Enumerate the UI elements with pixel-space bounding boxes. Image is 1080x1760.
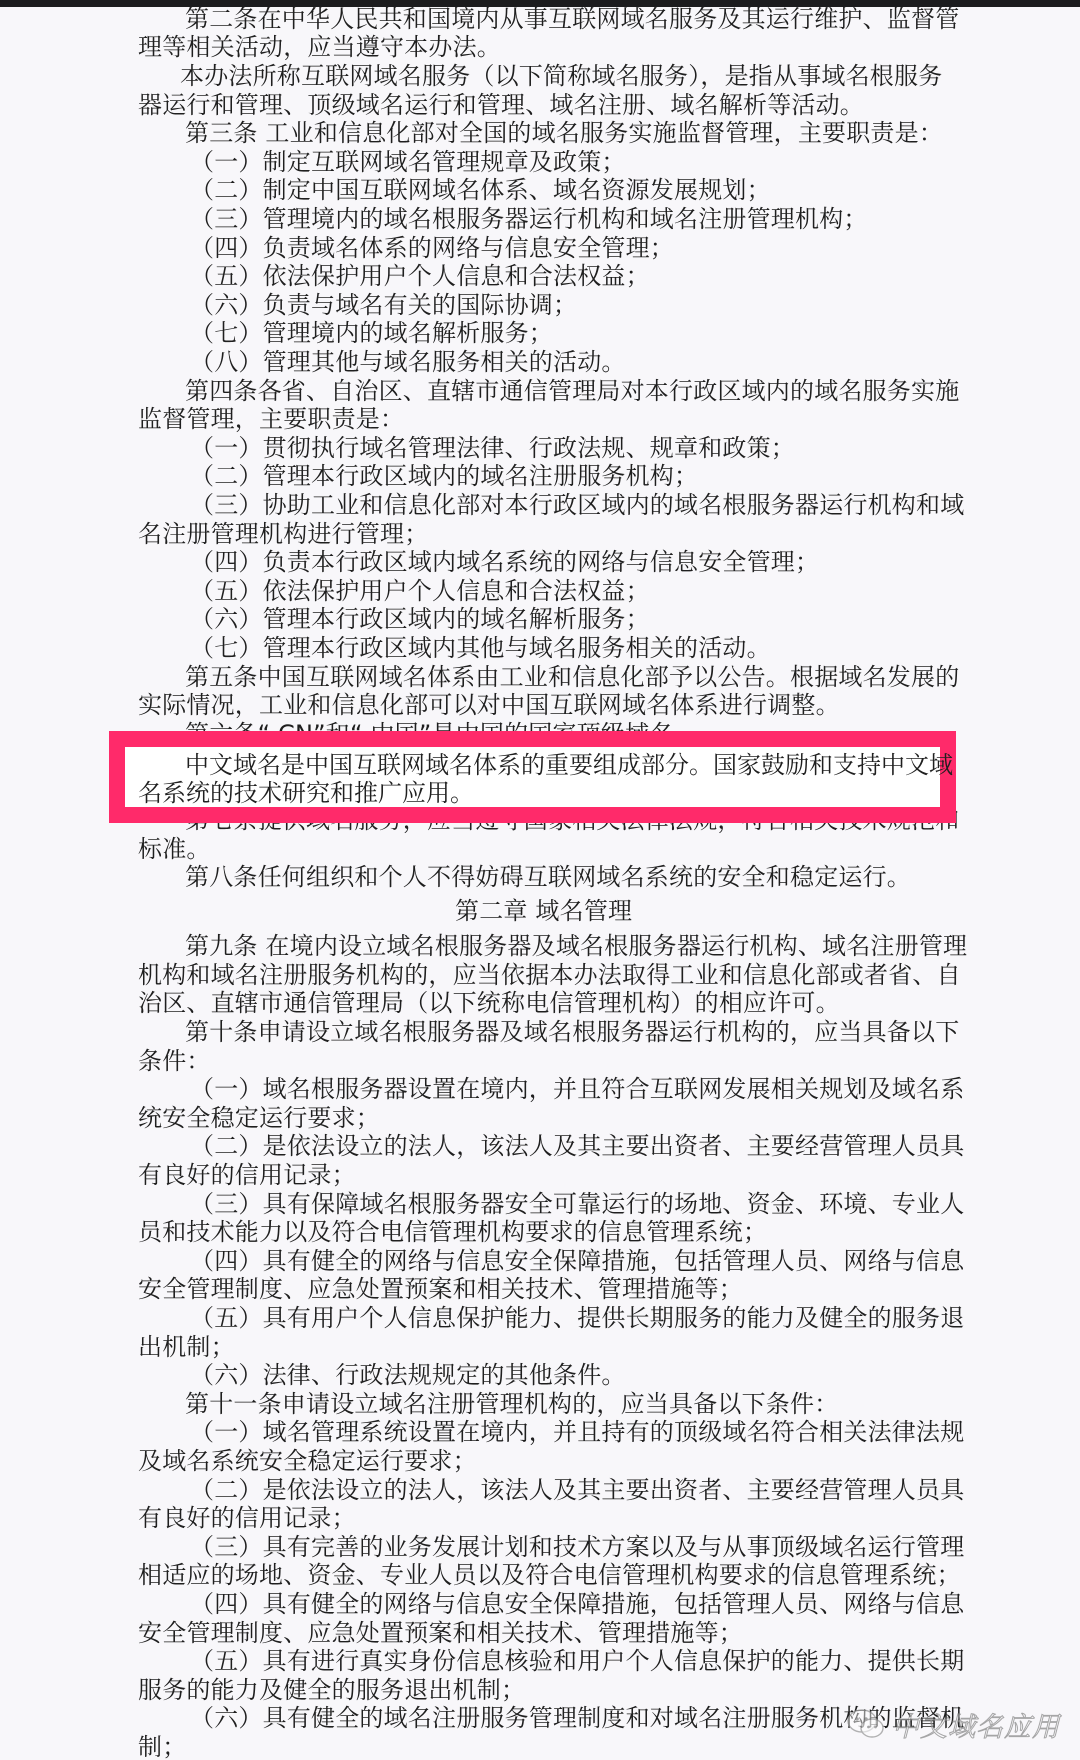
document-line: 标准。 [138,835,211,863]
document-line: （四）负责本行政区域内域名系统的网络与信息安全管理； [190,548,819,576]
watermark-text: 中文域名应用 [892,1705,1060,1744]
document-line: 名注册管理机构进行管理； [138,520,428,548]
document-line: （四）具有健全的网络与信息安全保障措施，包括管理人员、网络与信息 [190,1590,964,1618]
document-line: 统安全稳定运行要求； [138,1104,380,1132]
document-line: 出机制； [138,1333,235,1361]
document-line: 第三条 工业和信息化部对全国的域名服务实施监督管理，主要职责是： [185,119,943,147]
highlight-line-1: 中文域名是中国互联网域名体系的重要组成部分。国家鼓励和支持中文域 [185,751,953,779]
document-line: 器运行和管理、顶级域名运行和管理、域名注册、域名解析等活动。 [138,91,864,119]
document-line: （四）负责域名体系的网络与信息安全管理； [190,234,674,262]
document-line: （五）具有进行真实身份信息核验和用户个人信息保护的能力、提供长期 [190,1647,964,1675]
document-line: （五）依法保护用户个人信息和合法权益； [190,577,650,605]
document-line: （一）域名根服务器设置在境内，并且符合互联网发展相关规划及域名系 [190,1075,964,1103]
document-line: 员和技术能力以及符合电信管理机构要求的信息管理系统； [138,1218,767,1246]
document-line: 机构和域名注册服务机构的，应当依据本办法取得工业和信息化部或者省、自 [138,961,961,989]
document-line: （二）是依法设立的法人，该法人及其主要出资者、主要经营管理人员具 [190,1476,964,1504]
document-line: 有良好的信用记录； [138,1504,356,1532]
document-line: （七）管理本行政区域内其他与域名服务相关的活动。 [190,634,771,662]
document-line: （一）贯彻执行域名管理法律、行政法规、规章和政策； [190,434,795,462]
document-line: 第四条各省、自治区、直辖市通信管理局对本行政区域内的域名服务实施 [185,377,959,405]
document-line: 条件： [138,1047,211,1075]
document-line: 治区、直辖市通信管理局（以下统称电信管理机构）的相应许可。 [138,989,840,1017]
wechat-icon [846,1707,886,1741]
document-line: （三）协助工业和信息化部对本行政区域内的域名根服务器运行机构和域 [190,491,964,519]
document-line: （七）管理境内的域名解析服务； [190,319,553,347]
document-line: （一）域名管理系统设置在境内，并且持有的顶级域名符合相关法律法规 [190,1418,964,1446]
document-line: 安全管理制度、应急处置预案和相关技术、管理措施等； [138,1619,743,1647]
document-line: （四）具有健全的网络与信息安全保障措施，包括管理人员、网络与信息 [190,1247,964,1275]
watermark: 中文域名应用 [846,1704,1060,1744]
document-line: 安全管理制度、应急处置预案和相关技术、管理措施等； [138,1275,743,1303]
document-line: （六）负责与域名有关的国际协调； [190,291,577,319]
document-line: （三）具有完善的业务发展计划和技术方案以及与从事顶级域名运行管理 [190,1533,964,1561]
document-line: 本办法所称互联网域名服务（以下简称域名服务），是指从事域名根服务 [180,62,942,90]
document-line: 监督管理，主要职责是： [138,405,404,433]
highlight-line-2: 名系统的技术研究和推广应用。 [138,779,474,807]
document-line: 第二条在中华人民共和国境内从事互联网域名服务及其运行维护、监督管 [185,5,959,33]
document-line: （三）具有保障域名根服务器安全可靠运行的场地、资金、环境、专业人 [190,1190,964,1218]
document-line: 第十条申请设立域名根服务器及域名根服务器运行机构的，应当具备以下 [185,1018,959,1046]
document-line: 实际情况，工业和信息化部可以对中国互联网域名体系进行调整。 [138,691,840,719]
document-line: （六）管理本行政区域内的域名解析服务； [190,605,650,633]
document-line: 第九条 在境内设立域名根服务器及域名根服务器运行机构、域名注册管理 [185,932,967,960]
document-line: （六）法律、行政法规规定的其他条件。 [190,1361,626,1389]
document-page: 第二章 域名管理 第二条在中华人民共和国境内从事互联网域名服务及其运行维护、监督… [0,0,1080,1760]
document-line: （三）管理境内的域名根服务器运行机构和域名注册管理机构； [190,205,868,233]
document-line: 第八条任何组织和个人不得妨碍互联网域名系统的安全和稳定运行。 [185,863,911,891]
document-line: （二）管理本行政区域内的域名注册服务机构； [190,462,698,490]
document-line: 有良好的信用记录； [138,1161,356,1189]
document-line: （五）依法保护用户个人信息和合法权益； [190,262,650,290]
document-line: 第五条中国互联网域名体系由工业和信息化部予以公告。根据域名发展的 [185,663,959,691]
document-line: 第十一条申请设立域名注册管理机构的，应当具备以下条件： [185,1390,838,1418]
document-line: （八）管理其他与域名服务相关的活动。 [190,348,626,376]
document-line: （五）具有用户个人信息保护能力、提供长期服务的能力及健全的服务退 [190,1304,964,1332]
document-line: （二）是依法设立的法人，该法人及其主要出资者、主要经营管理人员具 [190,1132,964,1160]
chapter-heading: 第二章 域名管理 [455,897,632,925]
document-line: 及域名系统安全稳定运行要求； [138,1447,477,1475]
document-line: （一）制定互联网域名管理规章及政策； [190,148,626,176]
document-line: 服务的能力及健全的服务退出机制； [138,1676,525,1704]
document-line: 相适应的场地、资金、专业人员以及符合电信管理机构要求的信息管理系统； [138,1561,961,1589]
document-line: 理等相关活动，应当遵守本办法。 [138,33,501,61]
highlight-box: 中文域名是中国互联网域名体系的重要组成部分。国家鼓励和支持中文域 名系统的技术研… [109,731,956,823]
document-line: （二）制定中国互联网域名体系、域名资源发展规划； [190,176,771,204]
document-line: 制； [138,1733,186,1760]
